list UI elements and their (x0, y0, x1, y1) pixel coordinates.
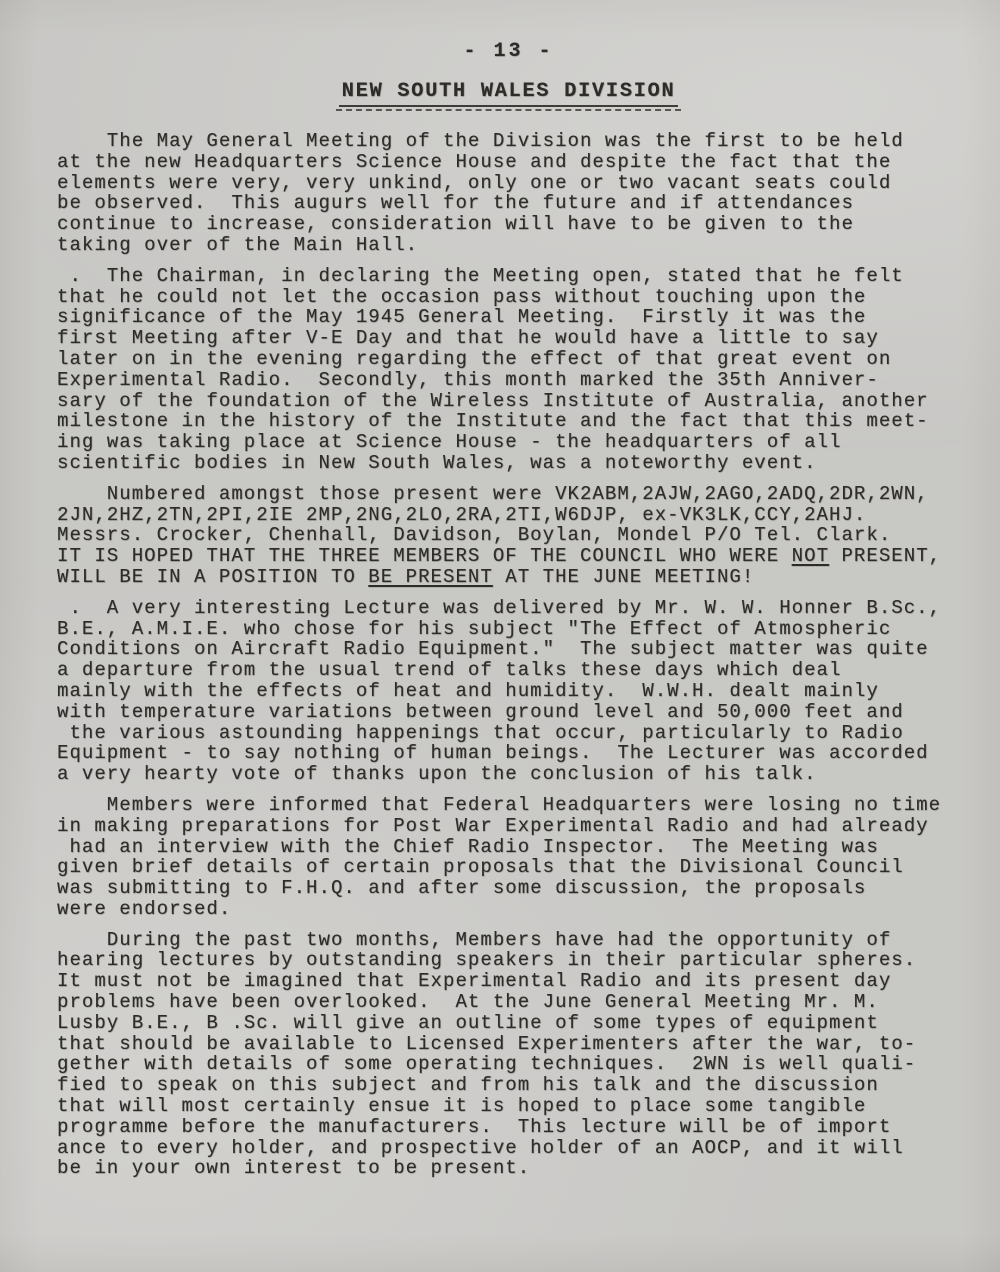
text-line: first Meeting after V-E Day and that he … (57, 328, 960, 349)
text-line: milestone in the history of the Institut… (57, 411, 960, 432)
text-line: be in your own interest to be present. (57, 1158, 960, 1179)
text-line: hearing lectures by outstanding speakers… (57, 950, 960, 971)
text-line: sary of the foundation of the Wireless I… (57, 391, 960, 412)
text-line: It must not be imagined that Experimenta… (57, 971, 960, 992)
text-line: at the new Headquarters Science House an… (57, 152, 960, 173)
text-line: was submitting to F.H.Q. and after some … (57, 878, 960, 899)
text-line: Lusby B.E., B .Sc. will give an outline … (57, 1013, 960, 1034)
text-line: 2JN,2HZ,2TN,2PI,2IE 2MP,2NG,2LO,2RA,2TI,… (57, 505, 960, 526)
text-line: Experimental Radio. Secondly, this month… (57, 370, 960, 391)
document-title: NEW SOUTH WALES DIVISION (339, 80, 679, 107)
text-line: Members were informed that Federal Headq… (57, 795, 960, 816)
underlined-text: NOT (792, 545, 829, 567)
text-line: Conditions on Aircraft Radio Equipment."… (57, 639, 960, 660)
text-line: were endorsed. (57, 899, 960, 920)
text-line: with temperature variations between grou… (57, 702, 960, 723)
text-line: ance to every holder, and prospective ho… (57, 1138, 960, 1159)
text-line: a very hearty vote of thanks upon the co… (57, 764, 960, 785)
text-line: significance of the May 1945 General Mee… (57, 307, 960, 328)
scanned-document-page: - 13 - NEW SOUTH WALES DIVISION The May … (0, 0, 1000, 1272)
paragraph: Members were informed that Federal Headq… (57, 795, 960, 920)
text-line: WILL BE IN A POSITION TO BE PRESENT AT T… (57, 567, 960, 588)
text-line: given brief details of certain proposals… (57, 857, 960, 878)
text-line: Equipment - to say nothing of human bein… (57, 743, 960, 764)
text-line: had an interview with the Chief Radio In… (57, 837, 960, 858)
text-line: . A very interesting Lecture was deliver… (57, 598, 960, 619)
text-line: The May General Meeting of the Division … (57, 131, 960, 152)
text-line: ing was taking place at Science House - … (57, 432, 960, 453)
text-line: that will most certainly ensue it is hop… (57, 1096, 960, 1117)
text-line: taking over of the Main Hall. (57, 235, 960, 256)
text-line: fied to speak on this subject and from h… (57, 1075, 960, 1096)
text-line: continue to increase, consideration will… (57, 214, 960, 235)
text-line: the various astounding happenings that o… (57, 723, 960, 744)
text-line: that should be available to Licensed Exp… (57, 1034, 960, 1055)
text-line: mainly with the effects of heat and humi… (57, 681, 960, 702)
text-line: problems have been overlooked. At the Ju… (57, 992, 960, 1013)
paragraph: . The Chairman, in declaring the Meeting… (57, 266, 960, 474)
paragraph: The May General Meeting of the Division … (57, 131, 960, 256)
text-line: be observed. This augurs well for the fu… (57, 193, 960, 214)
page-number: - 13 - (57, 40, 960, 63)
scan-text-column: - 13 - NEW SOUTH WALES DIVISION The May … (57, 40, 960, 1189)
text-line: programme before the manufacturers. This… (57, 1117, 960, 1138)
underlined-text: BE PRESENT (368, 566, 493, 588)
text-line: in making preparations for Post War Expe… (57, 816, 960, 837)
text-line: elements were very, very unkind, only on… (57, 173, 960, 194)
paragraph: During the past two months, Members have… (57, 930, 960, 1180)
text-line: Messrs. Crocker, Chenhall, Davidson, Boy… (57, 525, 960, 546)
text-line: During the past two months, Members have… (57, 930, 960, 951)
text-line: later on in the evening regarding the ef… (57, 349, 960, 370)
text-line: that he could not let the occasion pass … (57, 287, 960, 308)
text-line: B.E., A.M.I.E. who chose for his subject… (57, 619, 960, 640)
text-line: IT IS HOPED THAT THE THREE MEMBERS OF TH… (57, 546, 960, 567)
text-line: scientific bodies in New South Wales, wa… (57, 453, 960, 474)
paragraph: . A very interesting Lecture was deliver… (57, 598, 960, 785)
text-line: gether with details of some operating te… (57, 1054, 960, 1075)
text-line: Numbered amongst those present were VK2A… (57, 484, 960, 505)
paragraph: Numbered amongst those present were VK2A… (57, 484, 960, 588)
text-line: . The Chairman, in declaring the Meeting… (57, 266, 960, 287)
document-body: The May General Meeting of the Division … (57, 131, 960, 1179)
text-line: a departure from the usual trend of talk… (57, 660, 960, 681)
document-title-wrap: NEW SOUTH WALES DIVISION (57, 80, 960, 107)
